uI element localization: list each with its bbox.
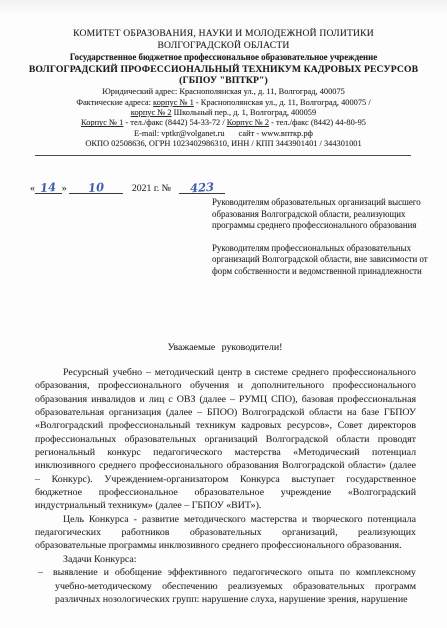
- email-text: E-mail: vptkr@volganet.ru: [134, 129, 225, 138]
- phones-line: Корпус № 1 - тел./факс (8442) 54-33-72 /…: [0, 118, 447, 128]
- corp1-phone-label: Корпус № 1: [81, 118, 123, 127]
- letter-body: Ресурсный учебно – методический центр в …: [35, 366, 416, 606]
- task-item-1: –выявление и обобщение эффективного педа…: [35, 566, 416, 606]
- tasks-heading: Задачи Конкурса:: [35, 553, 416, 566]
- recipient-block-2: Руководителям профессиональных образоват…: [212, 243, 440, 278]
- salutation: Уважаемые руководители!: [35, 342, 415, 353]
- site-text: сайт - www.впткр.рф: [239, 129, 313, 138]
- committee-name-line2: ВОЛГОГРАДСКОЙ ОБЛАСТИ: [0, 40, 447, 52]
- corp2-phone-text: - тел./факс (8442) 44-80-95: [269, 118, 366, 127]
- task-item-text: выявление и обобщение эффективного педаг…: [53, 567, 416, 605]
- recipients-block: Руководителям образовательных организаци…: [212, 197, 440, 289]
- scan-edge-shadow: [0, 0, 447, 16]
- org-name-line: ВОЛГОГРАДСКИЙ ПРОФЕССИОНАЛЬНЫЙ ТЕХНИКУМ …: [0, 64, 447, 76]
- corp1-phone-text: - тел./факс (8442) 54-33-72 /: [123, 118, 226, 127]
- date-month-blank: 10: [69, 180, 123, 194]
- corp1-address-label: корпус № 1: [153, 98, 194, 107]
- actual-address-line1: Фактические адреса: корпус № 1 - Красноп…: [0, 98, 447, 108]
- date-day-handwritten: 14: [40, 180, 57, 195]
- year-and-number-label: 2021 г. №: [132, 183, 171, 194]
- dash-marker: –: [38, 567, 53, 578]
- body-paragraph-1: Ресурсный учебно – методический центр в …: [35, 366, 416, 513]
- corp2-address-text: Школьный пер., д. 1, Волгоград, 400059: [172, 108, 317, 117]
- doc-number-blank: 423: [179, 180, 225, 194]
- org-type-line: Государственное бюджетное профессиональн…: [0, 52, 447, 64]
- doc-number-handwritten: 423: [190, 180, 215, 196]
- letterhead: КОМИТЕТ ОБРАЗОВАНИЯ, НАУКИ И МОЛОДЕЖНОЙ …: [0, 28, 447, 150]
- date-day-blank: 14: [35, 180, 62, 194]
- corp2-phone-label: Корпус № 2: [227, 118, 269, 127]
- legal-address-line: Юридический адрес: Краснополянская ул., …: [0, 87, 447, 97]
- recipient-block-1: Руководителям образовательных организаци…: [212, 197, 440, 232]
- document-page: КОМИТЕТ ОБРАЗОВАНИЯ, НАУКИ И МОЛОДЕЖНОЙ …: [0, 0, 447, 628]
- committee-name-line1: КОМИТЕТ ОБРАЗОВАНИЯ, НАУКИ И МОЛОДЕЖНОЙ …: [0, 28, 447, 40]
- codes-line: ОКПО 02508636, ОГРН 1023402986310, ИНН /…: [0, 139, 447, 149]
- actual-address-line2: корпус № 2 Школьный пер., д. 1, Волгогра…: [0, 108, 447, 118]
- date-line: «14»102021 г. №423: [30, 180, 225, 194]
- corp1-address-text: - Краснополянская ул., д. 11, Волгоград,…: [194, 98, 371, 107]
- date-month-handwritten: 10: [87, 180, 104, 195]
- divider-rule: [35, 155, 411, 156]
- body-paragraph-2: Цель Конкурса - развитие методического м…: [35, 513, 416, 553]
- org-abbr-line: (ГБПОУ "ВПТКР"): [0, 75, 447, 87]
- actual-address-label: Фактические адреса:: [76, 98, 153, 107]
- close-quote: »: [62, 183, 67, 194]
- email-site-line: E-mail: vptkr@volganet.ruсайт - www.вптк…: [0, 129, 447, 139]
- corp2-address-label: корпус № 2: [131, 108, 172, 117]
